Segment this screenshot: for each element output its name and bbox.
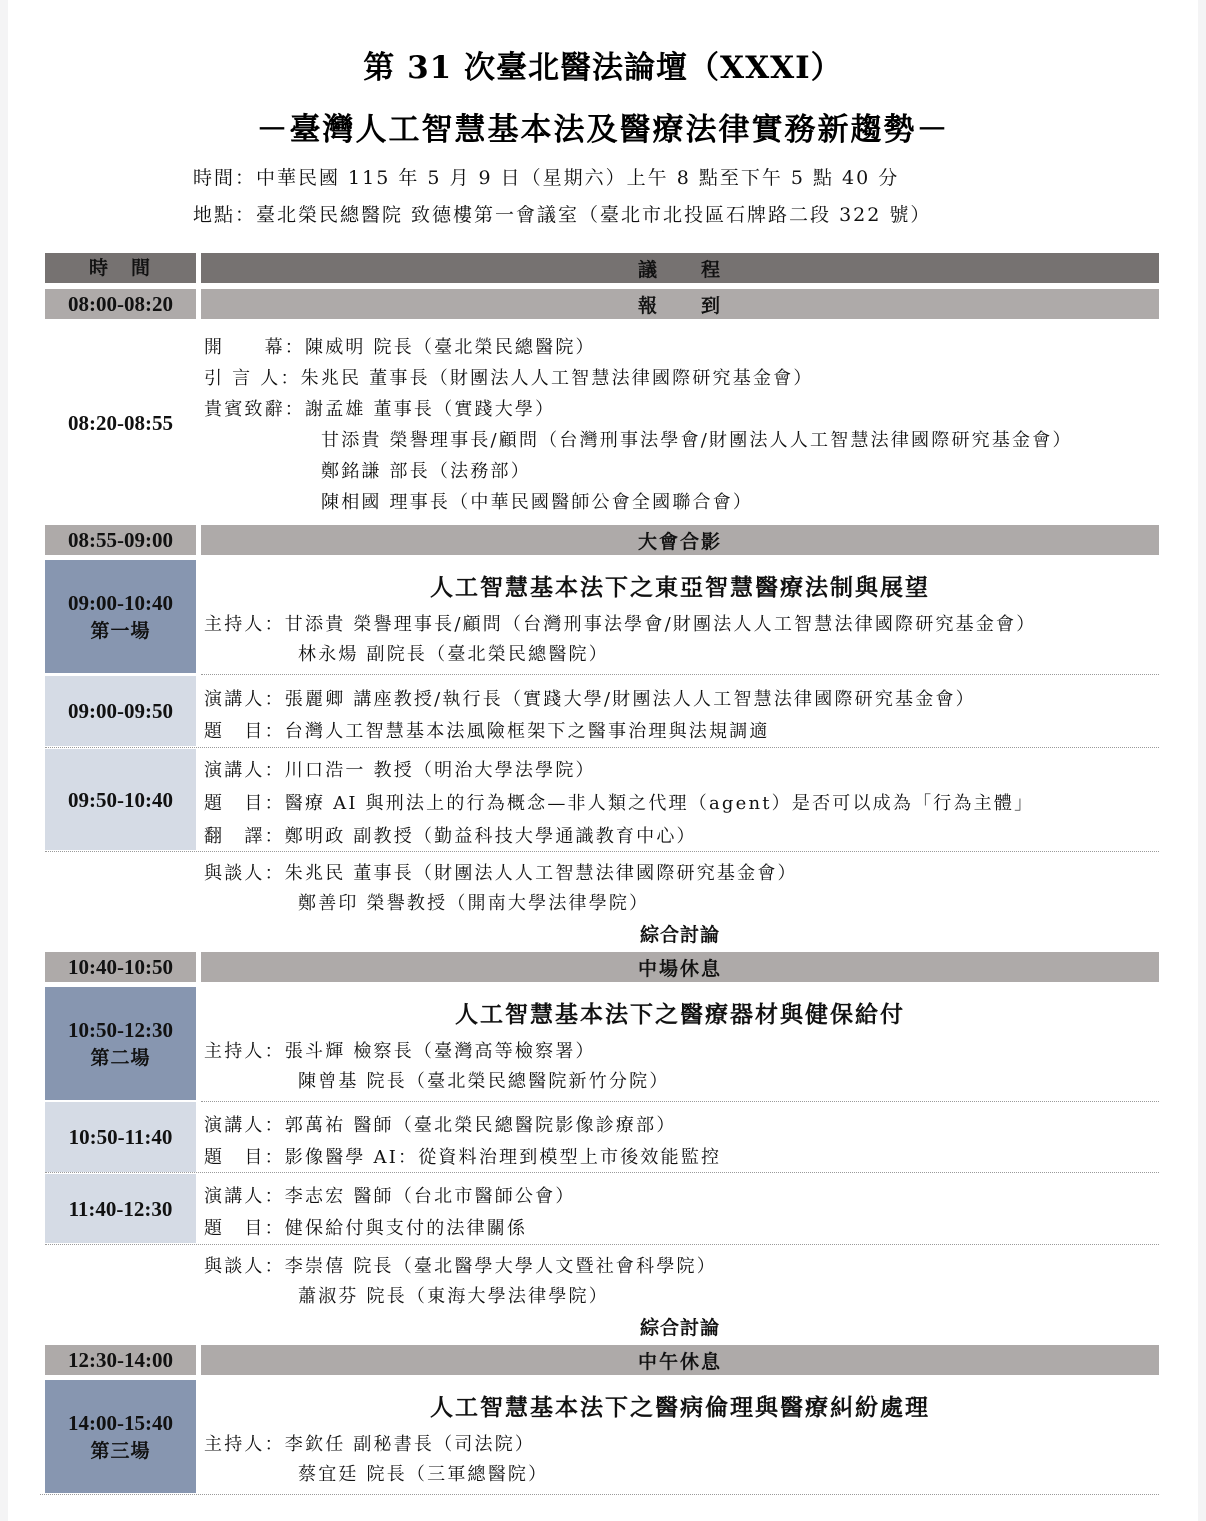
guest-speech-line: 貴賓致辭：謝孟雄 董事長（實踐大學） bbox=[204, 395, 555, 421]
event-venue: 地點：臺北榮民總醫院 致德樓第一會議室（臺北市北投區石牌路二段 322 號） bbox=[193, 200, 931, 227]
divider bbox=[45, 851, 1159, 852]
guest-speech-line: 甘添貴 榮譽理事長/顧問（台灣刑事法學會/財團法人人工智慧法律國際研究基金會） bbox=[321, 426, 1073, 452]
session2-host: 主持人：張斗輝 檢察長（臺灣高等檢察署） bbox=[204, 1037, 596, 1063]
lunch-label: 中午休息 bbox=[201, 1345, 1159, 1375]
session3-time-cell: 14:00-15:40 第三場 bbox=[45, 1380, 196, 1493]
session2-title: 人工智慧基本法下之醫療器材與健保給付 bbox=[201, 996, 1159, 1029]
talk-topic: 題 目：影像醫學 AI：從資料治理到模型上市後效能監控 bbox=[204, 1143, 721, 1169]
talk-topic: 題 目：健保給付與支付的法律關係 bbox=[204, 1214, 527, 1240]
break-label: 中場休息 bbox=[201, 952, 1159, 982]
registration-time: 08:00-08:20 bbox=[45, 289, 196, 319]
event-time: 時間：中華民國 115 年 5 月 9 日（星期六）上午 8 點至下午 5 點 … bbox=[193, 163, 899, 190]
photo-label: 大會合影 bbox=[201, 525, 1159, 555]
talk-time: 10:50-11:40 bbox=[45, 1102, 196, 1172]
divider bbox=[201, 674, 1159, 675]
session2-time-cell: 10:50-12:30 第二場 bbox=[45, 987, 196, 1100]
guest-speech-line: 陳相國 理事長（中華民國醫師公會全國聯合會） bbox=[321, 488, 753, 514]
talk-speaker: 演講人：郭萬祐 醫師（臺北榮民總醫院影像診療部） bbox=[204, 1111, 677, 1137]
session3-title: 人工智慧基本法下之醫病倫理與醫療糾紛處理 bbox=[201, 1389, 1159, 1422]
session1-label: 第一場 bbox=[90, 617, 150, 645]
forum-title: 第 31 次臺北醫法論壇（XXXI） bbox=[0, 42, 1206, 87]
session2-host: 陳曾基 院長（臺北榮民總醫院新竹分院） bbox=[298, 1067, 670, 1093]
guest-speech-line: 鄭銘謙 部長（法務部） bbox=[321, 457, 531, 483]
talk-speaker: 演講人：李志宏 醫師（台北市醫師公會） bbox=[204, 1182, 576, 1208]
session1-title: 人工智慧基本法下之東亞智慧醫療法制與展望 bbox=[201, 569, 1159, 602]
talk-speaker: 演講人：川口浩一 教授（明治大學法學院） bbox=[204, 756, 596, 782]
agenda-column-header: 議 程 bbox=[201, 253, 1159, 283]
session1-host: 主持人：甘添貴 榮譽理事長/顧問（台灣刑事法學會/財團法人人工智慧法律國際研究基… bbox=[204, 610, 1036, 636]
talk-time: 11:40-12:30 bbox=[45, 1174, 196, 1243]
session3-label: 第三場 bbox=[90, 1437, 150, 1465]
time-column-header: 時 間 bbox=[45, 253, 196, 283]
divider bbox=[45, 1244, 1159, 1245]
session1-time: 09:00-10:40 bbox=[68, 589, 173, 617]
session1-panel: 鄭善印 榮譽教授（開南大學法律學院） bbox=[298, 889, 649, 915]
session1-discussion: 綜合討論 bbox=[201, 920, 1159, 947]
opening-line: 開 幕：陳威明 院長（臺北榮民總醫院） bbox=[204, 333, 596, 359]
talk-speaker: 演講人：張麗卿 講座教授/執行長（實踐大學/財團法人人工智慧法律國際研究基金會） bbox=[204, 685, 976, 711]
opening-time: 08:20-08:55 bbox=[45, 325, 196, 520]
break-time: 10:40-10:50 bbox=[45, 952, 196, 982]
divider bbox=[45, 747, 1159, 748]
session3-host: 蔡宜廷 院長（三軍總醫院） bbox=[298, 1460, 548, 1486]
talk-topic: 題 目：醫療 AI 與刑法上的行為概念—非人類之代理（agent）是否可以成為「… bbox=[204, 789, 1034, 815]
session1-panel: 與談人：朱兆民 董事長（財團法人人工智慧法律國際研究基金會） bbox=[204, 859, 798, 885]
introducer-line: 引 言 人：朱兆民 董事長（財團法人人工智慧法律國際研究基金會） bbox=[204, 364, 814, 390]
divider bbox=[40, 1494, 1159, 1495]
session2-discussion: 綜合討論 bbox=[201, 1313, 1159, 1340]
session2-label: 第二場 bbox=[90, 1044, 150, 1072]
talk-time: 09:00-09:50 bbox=[45, 676, 196, 746]
divider bbox=[201, 1101, 1159, 1102]
session1-host: 林永煬 副院長（臺北榮民總醫院） bbox=[298, 640, 609, 666]
session3-time: 14:00-15:40 bbox=[68, 1409, 173, 1437]
divider bbox=[45, 1172, 1159, 1173]
talk-topic: 題 目：台灣人工智慧基本法風險框架下之醫事治理與法規調適 bbox=[204, 717, 770, 743]
registration-label: 報 到 bbox=[201, 289, 1159, 319]
talk-time: 09:50-10:40 bbox=[45, 749, 196, 850]
session1-time-cell: 09:00-10:40 第一場 bbox=[45, 560, 196, 673]
session2-time: 10:50-12:30 bbox=[68, 1016, 173, 1044]
session2-panel: 蕭淑芬 院長（東海大學法律學院） bbox=[298, 1282, 609, 1308]
forum-subtitle: －臺灣人工智慧基本法及醫療法律實務新趨勢－ bbox=[0, 104, 1206, 149]
talk-translator: 翻 譯：鄭明政 副教授（勤益科技大學通識教育中心） bbox=[204, 822, 697, 848]
photo-time: 08:55-09:00 bbox=[45, 525, 196, 555]
session2-panel: 與談人：李崇僖 院長（臺北醫學大學人文暨社會科學院） bbox=[204, 1252, 717, 1278]
lunch-time: 12:30-14:00 bbox=[45, 1345, 196, 1375]
session3-host: 主持人：李欽任 副秘書長（司法院） bbox=[204, 1430, 535, 1456]
